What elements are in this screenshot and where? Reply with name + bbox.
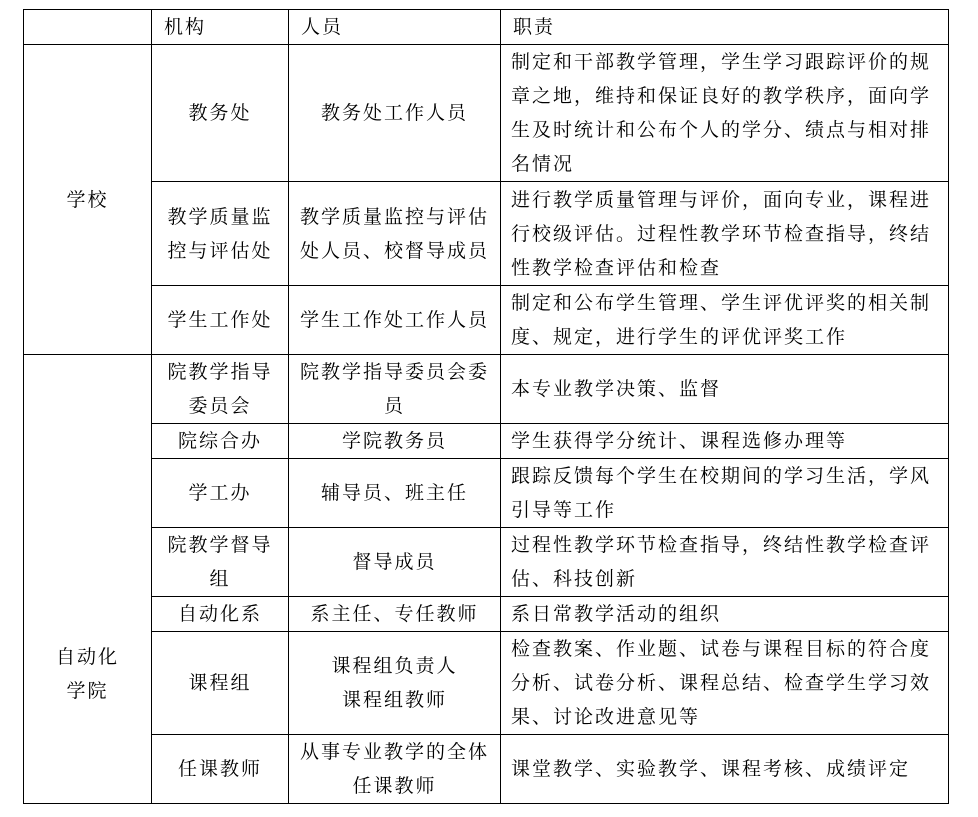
- institution-cell: 学工办: [152, 459, 289, 528]
- staff-cell: 课程组负责人 课程组教师: [289, 632, 501, 735]
- table-row: 学生工作处 学生工作处工作人员 制定和公布学生管理、学生评优评奖的相关制度、规定…: [24, 286, 949, 355]
- table-row: 学工办 辅导员、班主任 跟踪反馈每个学生在校期间的学习生活，学风引导等工作: [24, 459, 949, 528]
- responsibility-table: 机构 人员 职责 学校 教务处 教务处工作人员 制定和干部教学管理，学生学习跟踪…: [23, 9, 949, 804]
- institution-cell: 院综合办: [152, 424, 289, 459]
- institution-cell: 教务处: [152, 45, 289, 182]
- staff-cell: 学生工作处工作人员: [289, 286, 501, 355]
- staff-cell: 学院教务员: [289, 424, 501, 459]
- header-staff: 人员: [289, 10, 501, 45]
- header-group: [24, 10, 152, 45]
- header-institution: 机构: [152, 10, 289, 45]
- institution-cell: 任课教师: [152, 735, 289, 804]
- duty-cell: 系日常教学活动的组织: [501, 597, 949, 632]
- table-row: 自动化 学院 院教学指导委员会 院教学指导委员会委员 本专业教学决策、监督: [24, 355, 949, 424]
- table-row: 任课教师 从事专业教学的全体任课教师 课堂教学、实验教学、课程考核、成绩评定: [24, 735, 949, 804]
- staff-cell: 辅导员、班主任: [289, 459, 501, 528]
- group-automation-college: 自动化 学院: [24, 355, 152, 804]
- duty-cell: 本专业教学决策、监督: [501, 355, 949, 424]
- institution-cell: 学生工作处: [152, 286, 289, 355]
- duty-cell: 检查教案、作业题、试卷与课程目标的符合度分析、试卷分析、课程总结、检查学生学习效…: [501, 632, 949, 735]
- table-row: 院综合办 学院教务员 学生获得学分统计、课程选修办理等: [24, 424, 949, 459]
- duty-cell: 制定和干部教学管理，学生学习跟踪评价的规章之地，维持和保证良好的教学秩序，面向学…: [501, 45, 949, 182]
- institution-cell: 课程组: [152, 632, 289, 735]
- staff-cell: 院教学指导委员会委员: [289, 355, 501, 424]
- duty-cell: 进行教学质量管理与评价，面向专业，课程进行校级评估。过程性教学环节检查指导，终结…: [501, 182, 949, 286]
- duty-cell: 跟踪反馈每个学生在校期间的学习生活，学风引导等工作: [501, 459, 949, 528]
- institution-cell: 院教学督导组: [152, 528, 289, 597]
- header-row: 机构 人员 职责: [24, 10, 949, 45]
- table-row: 教学质量监控与评估处 教学质量监控与评估处人员、校督导成员 进行教学质量管理与评…: [24, 182, 949, 286]
- table-row: 学校 教务处 教务处工作人员 制定和干部教学管理，学生学习跟踪评价的规章之地，维…: [24, 45, 949, 182]
- duty-cell: 学生获得学分统计、课程选修办理等: [501, 424, 949, 459]
- staff-cell: 督导成员: [289, 528, 501, 597]
- staff-cell: 系主任、专任教师: [289, 597, 501, 632]
- staff-cell: 从事专业教学的全体任课教师: [289, 735, 501, 804]
- header-duty: 职责: [501, 10, 949, 45]
- staff-cell: 教务处工作人员: [289, 45, 501, 182]
- institution-cell: 教学质量监控与评估处: [152, 182, 289, 286]
- institution-cell: 院教学指导委员会: [152, 355, 289, 424]
- table-row: 院教学督导组 督导成员 过程性教学环节检查指导，终结性教学检查评估、科技创新: [24, 528, 949, 597]
- group-school: 学校: [24, 45, 152, 355]
- staff-cell: 教学质量监控与评估处人员、校督导成员: [289, 182, 501, 286]
- duty-cell: 过程性教学环节检查指导，终结性教学检查评估、科技创新: [501, 528, 949, 597]
- table-row: 课程组 课程组负责人 课程组教师 检查教案、作业题、试卷与课程目标的符合度分析、…: [24, 632, 949, 735]
- table-row: 自动化系 系主任、专任教师 系日常教学活动的组织: [24, 597, 949, 632]
- duty-cell: 制定和公布学生管理、学生评优评奖的相关制度、规定，进行学生的评优评奖工作: [501, 286, 949, 355]
- duty-cell: 课堂教学、实验教学、课程考核、成绩评定: [501, 735, 949, 804]
- institution-cell: 自动化系: [152, 597, 289, 632]
